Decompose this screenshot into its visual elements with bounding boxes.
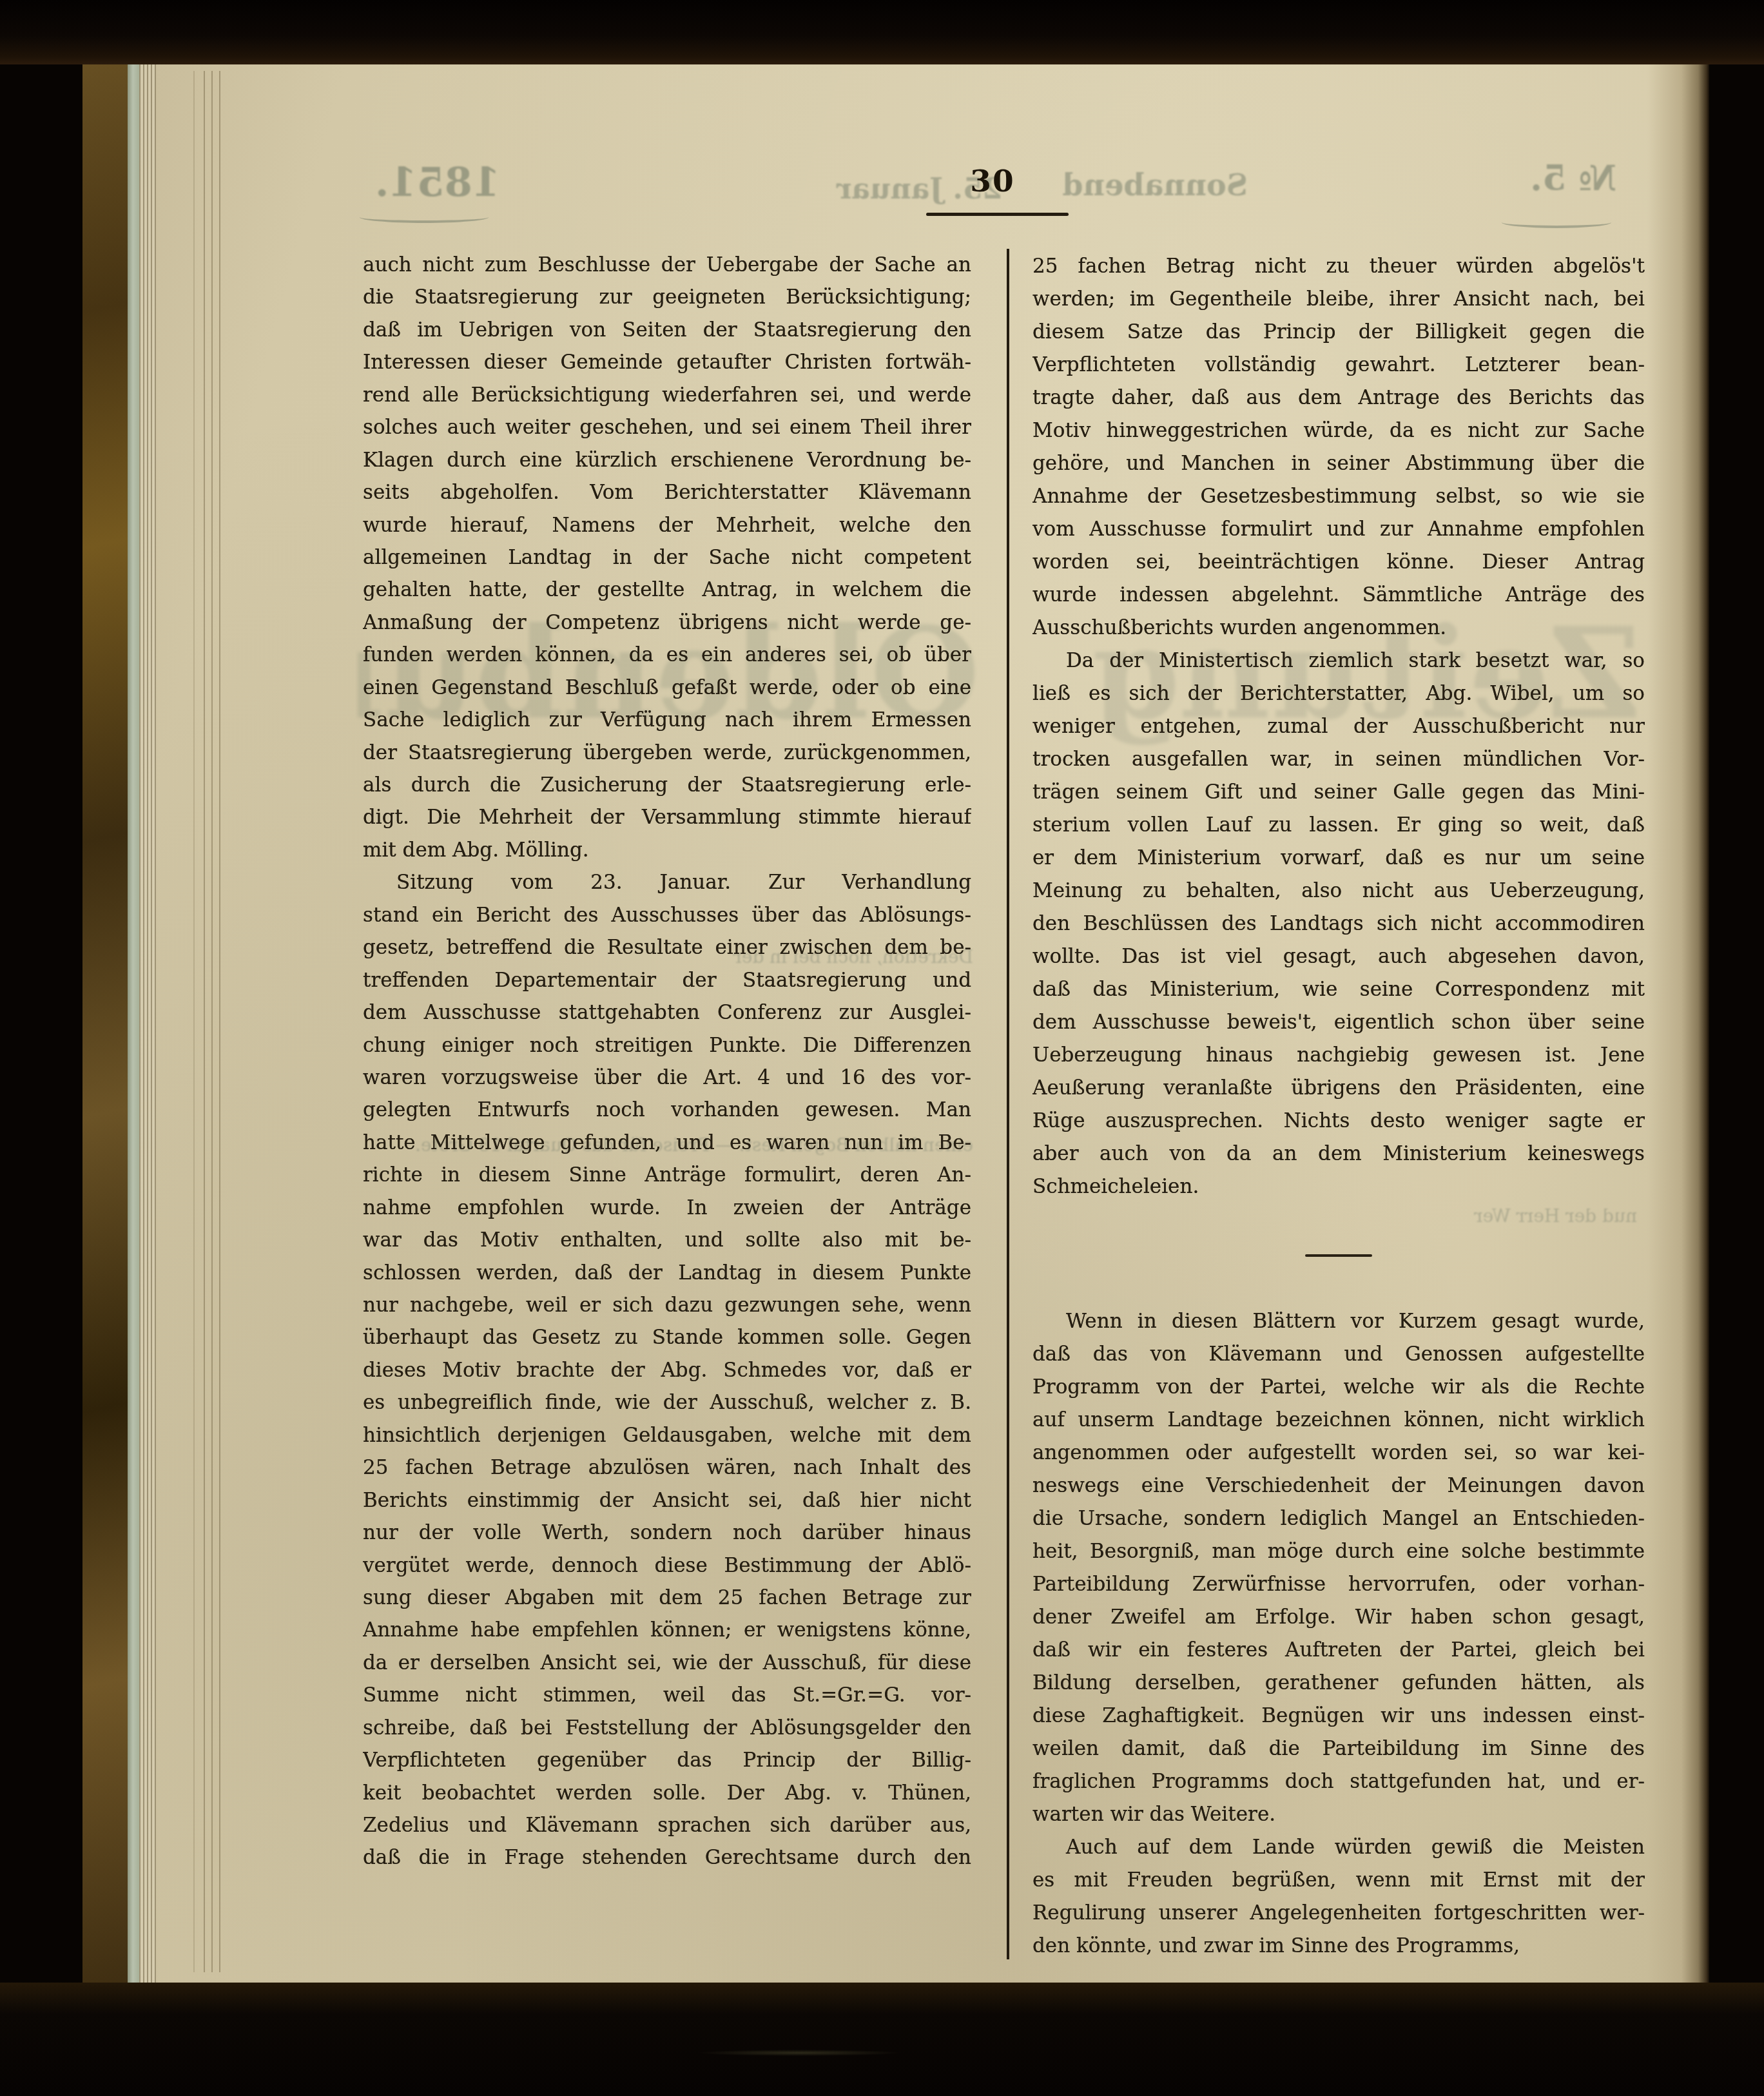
bottom-smudge	[696, 2050, 902, 2056]
bleed-flourish	[360, 211, 489, 223]
text-line: es mit Freuden begrüßen, wenn mit Ernst …	[1032, 1868, 1645, 1901]
text-line: Aeußerung veranlaßte übrigens den Präsid…	[1032, 1076, 1645, 1109]
text-line: daß im Uebrigen von Seiten der Staatsreg…	[363, 318, 971, 351]
text-line: weniger entgehen, zumal der Ausschußberi…	[1032, 715, 1645, 748]
text-line: daß wir ein festeres Auftreten der Parte…	[1032, 1638, 1645, 1671]
text-line: es unbegreiflich finde, wie der Ausschuß…	[363, 1391, 971, 1423]
text-line: tragte daher, daß aus dem Antrage des Be…	[1032, 386, 1645, 419]
page-crease	[219, 71, 220, 1972]
text-line: 25 fachen Betrage abzulösen wären, nach …	[363, 1456, 971, 1488]
text-line: Wenn in diesen Blättern vor Kurzem gesag…	[1032, 1310, 1645, 1343]
background-left	[0, 0, 85, 2096]
text-line: Interessen dieser Gemeinde getaufter Chr…	[363, 351, 971, 383]
background-right	[1708, 0, 1764, 2096]
page-fore-edge	[1647, 62, 1709, 1985]
text-line: rend alle Berücksichtigung wiederfahren …	[363, 383, 971, 416]
text-line: trägen seinem Gift und seiner Galle gege…	[1032, 781, 1645, 813]
text-line: chung einiger noch streitigen Punkte. Di…	[363, 1034, 971, 1066]
text-line: waren vorzugsweise über die Art. 4 und 1…	[363, 1066, 971, 1098]
text-line: als durch die Zusicherung der Staatsregi…	[363, 773, 971, 806]
text-line: dieses Motiv brachte der Abg. Schmedes v…	[363, 1359, 971, 1391]
text-line: 25 fachen Betrag nicht zu theuer würden …	[1032, 255, 1645, 287]
text-line: Sitzung vom 23. Januar. Zur Verhandlung	[363, 871, 971, 903]
text-line: er dem Ministerium vorwarf, daß es nur u…	[1032, 846, 1645, 879]
text-line: Auch auf dem Lande würden gewiß die Meis…	[1032, 1836, 1645, 1868]
text-line: Summe nicht stimmen, weil das St.=Gr.=G.…	[363, 1684, 971, 1716]
page-number-rule	[926, 213, 1069, 216]
text-line: diese Zaghaftigkeit. Begnügen wir uns in…	[1032, 1704, 1645, 1737]
text-line: stand ein Bericht des Ausschusses über d…	[363, 904, 971, 936]
text-column-right: 25 fachen Betrag nicht zu theuer würden …	[1032, 255, 1645, 1967]
text-line: dem Ausschusse stattgehabten Conferenz z…	[363, 1001, 971, 1033]
text-line: sterium vollen Lauf zu lassen. Er ging s…	[1032, 813, 1645, 846]
text-line: aber auch von da an dem Ministerium kein…	[1032, 1142, 1645, 1175]
text-line: der Staatsregierung übergeben werde, zur…	[363, 741, 971, 773]
text-line: solches auch weiter geschehen, und sei e…	[363, 416, 971, 448]
text-line: Zedelius und Klävemann sprachen sich dar…	[363, 1814, 971, 1846]
text-line: neswegs eine Verschiedenheit der Meinung…	[1032, 1474, 1645, 1507]
text-line: vergütet werde, dennoch diese Bestimmung…	[363, 1554, 971, 1586]
text-line: Annahme der Gesetzesbestimmung selbst, s…	[1032, 485, 1645, 518]
text-line: wurde indessen abgelehnt. Sämmtliche Ant…	[1032, 583, 1645, 616]
text-line: war das Motiv enthalten, und sollte also…	[363, 1228, 971, 1261]
text-line: seits abgeholfen. Vom Berichterstatter K…	[363, 481, 971, 513]
section-separator	[1305, 1254, 1372, 1257]
bleed-flourish	[1502, 217, 1611, 228]
text-line: Schmeicheleien.	[1032, 1175, 1645, 1208]
book-cover-edge	[82, 37, 129, 1992]
text-line: einen Gegenstand Beschluß gefaßt werde, …	[363, 676, 971, 708]
text-line: Ueberzeugung hinaus nachgiebig gewesen i…	[1032, 1043, 1645, 1076]
text-line: hinsichtlich derjenigen Geldausgaben, we…	[363, 1424, 971, 1456]
text-line: Bildung derselben, gerathener gefunden h…	[1032, 1671, 1645, 1704]
text-line: gehöre, und Manchen in seiner Abstimmung…	[1032, 452, 1645, 485]
text-line: nur nachgebe, weil er sich dazu gezwunge…	[363, 1294, 971, 1326]
text-line: den könnte, und zwar im Sinne des Progra…	[1032, 1934, 1645, 1967]
text-line: auf unserm Landtage bezeichnen können, n…	[1032, 1408, 1645, 1441]
text-line: Anmaßung der Competenz übrigens nicht we…	[363, 611, 971, 643]
text-line: daß die in Frage stehenden Gerechtsame d…	[363, 1846, 971, 1878]
bleed-year-1851: 1851.	[358, 159, 500, 206]
background-bottom	[0, 1983, 1764, 2096]
page-stack-edges	[139, 62, 156, 1985]
text-line: werden; im Gegentheile bleibe, ihrer Ans…	[1032, 287, 1645, 320]
text-line: dener Zweifel am Erfolge. Wir haben scho…	[1032, 1606, 1645, 1638]
text-line: treffenden Departementair der Staatsregi…	[363, 969, 971, 1001]
text-line: Sache lediglich zur Verfügung nach ihrem…	[363, 708, 971, 741]
text-line: wurde hierauf, Namens der Mehrheit, welc…	[363, 514, 971, 546]
text-line: wollte. Das ist viel gesagt, auch abgese…	[1032, 945, 1645, 978]
text-line: vom Ausschusse formulirt und zur Annahme…	[1032, 518, 1645, 550]
bleed-issue-number: № 5.	[1494, 157, 1616, 199]
text-line: Verpflichteten vollständig gewahrt. Letz…	[1032, 353, 1645, 386]
page-crease	[193, 71, 195, 1972]
text-line: warten wir das Weitere.	[1032, 1803, 1645, 1836]
section-separator-block	[1032, 1208, 1645, 1310]
text-line: Da der Ministertisch ziemlich stark bese…	[1032, 649, 1645, 682]
text-line: angenommen oder aufgestellt worden sei, …	[1032, 1441, 1645, 1474]
page-crease	[211, 71, 213, 1972]
text-line: fraglichen Programms doch stattgefunden …	[1032, 1770, 1645, 1803]
text-line: Verpflichteten gegenüber das Princip der…	[363, 1749, 971, 1781]
text-line: keit beobachtet werden solle. Der Abg. v…	[363, 1781, 971, 1814]
text-line: ließ es sich der Berichterstatter, Abg. …	[1032, 682, 1645, 715]
text-line: hatte Mittelwege gefunden, und es waren …	[363, 1131, 971, 1163]
text-line: sung dieser Abgaben mit dem 25 fachen Be…	[363, 1586, 971, 1618]
text-line: Regulirung unserer Angelegenheiten fortg…	[1032, 1901, 1645, 1934]
text-line: schreibe, daß bei Feststellung der Ablös…	[363, 1716, 971, 1749]
text-line: diesem Satze das Princip der Billigkeit …	[1032, 320, 1645, 353]
text-line: Berichts einstimmig der Ansicht sei, daß…	[363, 1489, 971, 1521]
text-line: Meinung zu behalten, also nicht aus Uebe…	[1032, 879, 1645, 912]
text-line: Rüge auszusprechen. Nichts desto weniger…	[1032, 1109, 1645, 1142]
text-line: mit dem Abg. Mölling.	[363, 839, 971, 871]
page-number: 30	[915, 164, 1070, 199]
text-line: Programm von der Partei, welche wir als …	[1032, 1375, 1645, 1408]
text-line: nur der volle Werth, sondern noch darübe…	[363, 1521, 971, 1553]
text-line: daß das von Klävemann und Genossen aufge…	[1032, 1343, 1645, 1375]
scanned-book-photo: Oldenburg Zeitung einen halben Bogen Res…	[0, 0, 1764, 2096]
text-line: digt. Die Mehrheit der Versammlung stimm…	[363, 806, 971, 838]
text-line: den Beschlüssen des Landtags sich nicht …	[1032, 912, 1645, 945]
text-line: Annahme habe empfehlen können; er wenigs…	[363, 1618, 971, 1651]
background-top	[0, 0, 1764, 64]
text-line: schlossen werden, daß der Landtag in die…	[363, 1261, 971, 1294]
text-line: die Ursache, sondern lediglich Mangel an…	[1032, 1507, 1645, 1540]
text-line: gesetz, betreffend die Resultate einer z…	[363, 936, 971, 968]
book-board-edge	[128, 61, 139, 1988]
text-line: überhaupt das Gesetz zu Stande kommen so…	[363, 1326, 971, 1358]
text-line: gelegten Entwurfs noch vorhanden gewesen…	[363, 1098, 971, 1130]
text-line: worden sei, beeinträchtigen könne. Diese…	[1032, 550, 1645, 583]
text-line: richte in diesem Sinne Anträge formulirt…	[363, 1163, 971, 1196]
text-line: Motiv hinweggestrichen würde, da es nich…	[1032, 419, 1645, 452]
text-line: funden werden können, da es ein anderes …	[363, 643, 971, 675]
text-line: allgemeinen Landtag in der Sache nicht c…	[363, 546, 971, 578]
text-line: weilen damit, daß die Parteibildung im S…	[1032, 1737, 1645, 1770]
text-line: nahme empfohlen wurde. In zweien der Ant…	[363, 1196, 971, 1228]
page-crease	[204, 71, 205, 1972]
text-line: heit, Besorgniß, man möge durch eine sol…	[1032, 1540, 1645, 1573]
text-line: daß das Ministerium, wie seine Correspon…	[1032, 978, 1645, 1011]
text-line: Klagen durch eine kürzlich erschienene V…	[363, 449, 971, 481]
text-line: die Staatsregierung zur geeigneten Berüc…	[363, 286, 971, 318]
text-line: auch nicht zum Beschlusse der Uebergabe …	[363, 253, 971, 286]
text-column-left: auch nicht zum Beschlusse der Uebergabe …	[363, 253, 971, 1879]
text-line: dem Ausschusse beweis't, eigentlich scho…	[1032, 1011, 1645, 1043]
text-line: da er derselben Ansicht sei, wie der Aus…	[363, 1651, 971, 1684]
text-line: trocken ausgefallen war, in seinen mündl…	[1032, 748, 1645, 781]
text-line: gehalten hatte, der gestellte Antrag, in…	[363, 578, 971, 610]
text-line: Parteibildung Zerwürfnisse hervorrufen, …	[1032, 1573, 1645, 1606]
text-line: Ausschußberichts wurden angenommen.	[1032, 616, 1645, 649]
column-divider-rule	[1007, 249, 1009, 1959]
